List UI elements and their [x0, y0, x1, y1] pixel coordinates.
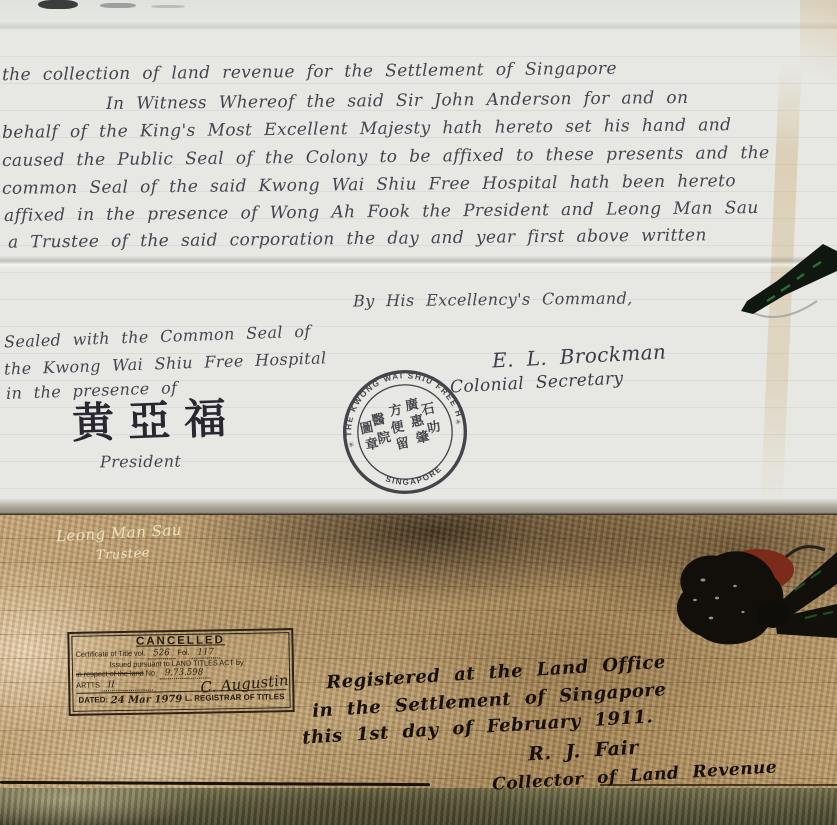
cot-prefix: Certificate of Title vol.	[76, 649, 146, 659]
seal-separator-icon: ✳	[454, 417, 463, 427]
by-command-line: By His Excellency's Command,	[353, 289, 633, 311]
wax-seal	[655, 530, 837, 680]
hospital-seal-stamp: THE KWONG WAI SHIU FREE HOSPITAL SINGAPO…	[326, 354, 485, 511]
document-scan: the collection of land revenue for the S…	[0, 0, 837, 825]
cot-artts-value: II	[102, 679, 153, 691]
president-chinese-signature: 黄亞福	[71, 385, 241, 451]
seal-cjk-char: 便	[389, 417, 406, 437]
fold-shadow-edge	[0, 498, 837, 515]
corner-stain	[800, 0, 837, 110]
horizontal-fold	[0, 256, 837, 268]
cot-fol-label: Fol.	[177, 648, 189, 657]
svg-text:SINGAPORE: SINGAPORE	[383, 463, 446, 492]
registrar-label: L. REGISTRAR OF TITLES	[185, 692, 285, 705]
president-label: President	[100, 452, 181, 472]
page-top-edge	[0, 0, 837, 30]
cot-no-label: No.	[146, 668, 158, 677]
seal-cjk-char: 廣	[404, 395, 421, 415]
seal-cjk-char: 留	[394, 434, 410, 453]
dated-label: DATED:	[78, 695, 108, 707]
ink-smudge	[38, 0, 78, 9]
dated-value: 24 Mar 1979	[111, 694, 183, 706]
green-ribbon-icon	[737, 243, 837, 353]
trustee-label: Trustee	[96, 546, 151, 564]
seal-cjk-char: 方	[387, 400, 403, 419]
cot-struck-text: in respect of the land	[76, 669, 144, 679]
bottom-texture-overlay	[0, 788, 837, 825]
seal-separator-icon: ✳	[347, 440, 356, 450]
cancelled-stamp: CANCELLED Certificate of Title vol. 526 …	[67, 628, 294, 716]
cot-artts-label: ARTTS	[76, 680, 100, 689]
seal-bottom-arc-text: SINGAPORE	[383, 463, 446, 492]
